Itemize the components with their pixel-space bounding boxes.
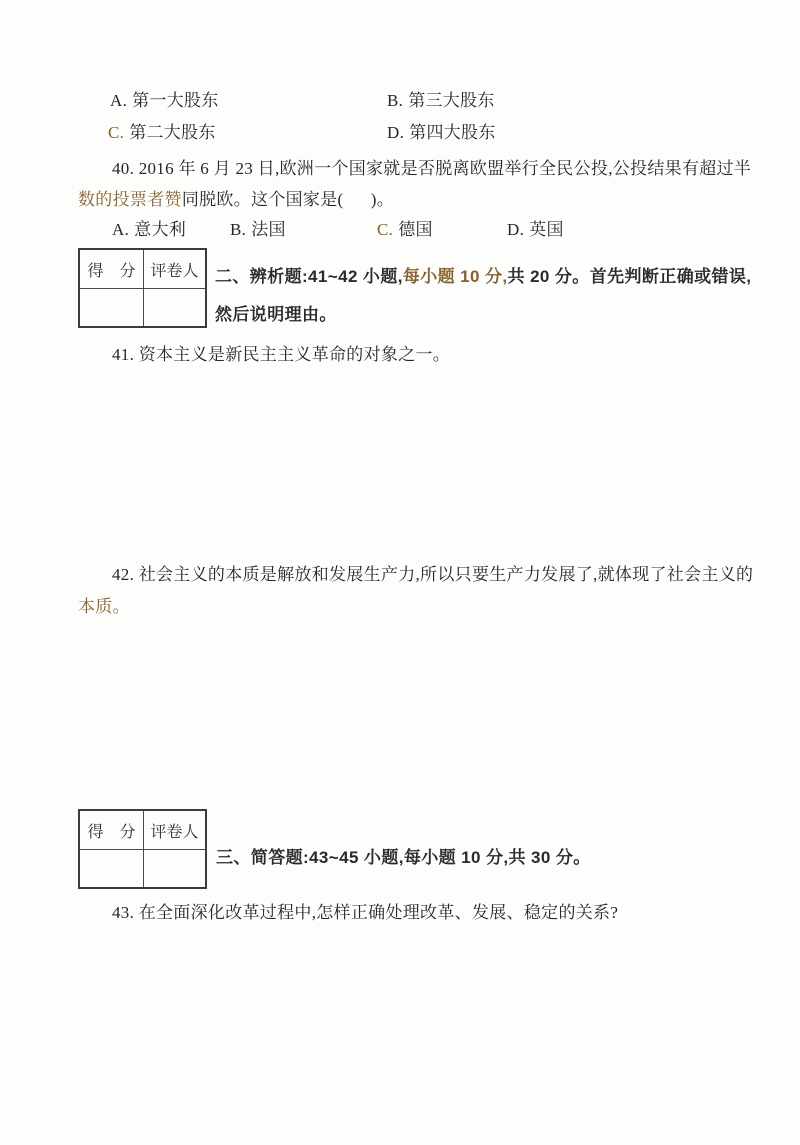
grader-blank-cell: [144, 289, 205, 326]
q40-option-b-letter: B.: [230, 220, 246, 239]
q43-text: 43. 在全面深化改革过程中,怎样正确处理改革、发展、稳定的关系?: [112, 903, 618, 923]
q39-option-d-text: 第四大股东: [409, 123, 496, 142]
q40-option-c: C.德国: [377, 220, 433, 240]
q40-option-b: B.法国: [230, 220, 286, 240]
score-blank-cell: [80, 289, 144, 326]
section2-heading-line2: 然后说明理由。: [215, 300, 337, 325]
q40-option-a-letter: A.: [112, 220, 129, 239]
score-label: 得 分: [80, 250, 144, 289]
exam-paper-page: A.第一大股东 B.第三大股东 C.第二大股东 D.第四大股东 40. 2016…: [0, 0, 800, 1145]
q39-option-d-letter: D.: [387, 123, 404, 142]
grader-label: 评卷人: [144, 250, 205, 289]
section2-heading-sepia: 每小题 10 分,: [403, 267, 508, 286]
q39-option-a-text: 第一大股东: [132, 91, 219, 110]
q40-text-line1: 40. 2016 年 6 月 23 日,欧洲一个国家就是否脱离欧盟举行全民公投,…: [112, 159, 751, 179]
q40-text-line2-rest: 同脱欧。这个国家是( )。: [182, 190, 394, 209]
q41-text: 41. 资本主义是新民主主义革命的对象之一。: [112, 345, 450, 365]
q39-option-a-letter: A.: [110, 91, 127, 110]
q39-option-a: A.第一大股东: [110, 91, 219, 111]
score-blank-cell: [80, 850, 144, 887]
q39-option-c-letter: C.: [108, 123, 124, 142]
q40-option-d-text: 英国: [529, 220, 564, 239]
q40-option-b-text: 法国: [251, 220, 286, 239]
section2-heading-part1: 二、辨析题:41~42 小题,: [215, 267, 403, 286]
q40-text-line2: 数的投票者赞同脱欧。这个国家是( )。: [78, 190, 394, 210]
q40-option-d-letter: D.: [507, 220, 524, 239]
q40-option-c-text: 德国: [398, 220, 433, 239]
q39-option-d: D.第四大股东: [387, 123, 496, 143]
q40-option-c-letter: C.: [377, 220, 393, 239]
grader-label: 评卷人: [144, 811, 205, 850]
q39-option-c-text: 第二大股东: [129, 123, 216, 142]
section2-heading-part2: 共 20 分。首先判断正确或错误,: [508, 267, 752, 286]
q39-option-b-letter: B.: [387, 91, 403, 110]
section2-heading-line1: 二、辨析题:41~42 小题,每小题 10 分,共 20 分。首先判断正确或错误…: [215, 262, 751, 287]
q42-text-line1: 42. 社会主义的本质是解放和发展生产力,所以只要生产力发展了,就体现了社会主义…: [112, 565, 753, 585]
q39-option-b-text: 第三大股东: [408, 91, 495, 110]
q40-text-line2-sepia: 数的投票者赞: [78, 190, 182, 209]
score-table-section2: 得 分 评卷人: [78, 248, 207, 328]
q39-option-b: B.第三大股东: [387, 91, 495, 111]
section3-heading: 三、简答题:43~45 小题,每小题 10 分,共 30 分。: [216, 843, 591, 868]
score-label: 得 分: [80, 811, 144, 850]
q42-text-line2: 本质。: [78, 597, 130, 617]
q40-option-d: D.英国: [507, 220, 564, 240]
q39-option-c: C.第二大股东: [108, 123, 216, 143]
grader-blank-cell: [144, 850, 205, 887]
q40-option-a-text: 意大利: [134, 220, 186, 239]
score-table-section3: 得 分 评卷人: [78, 809, 207, 889]
q40-option-a: A.意大利: [112, 220, 186, 240]
